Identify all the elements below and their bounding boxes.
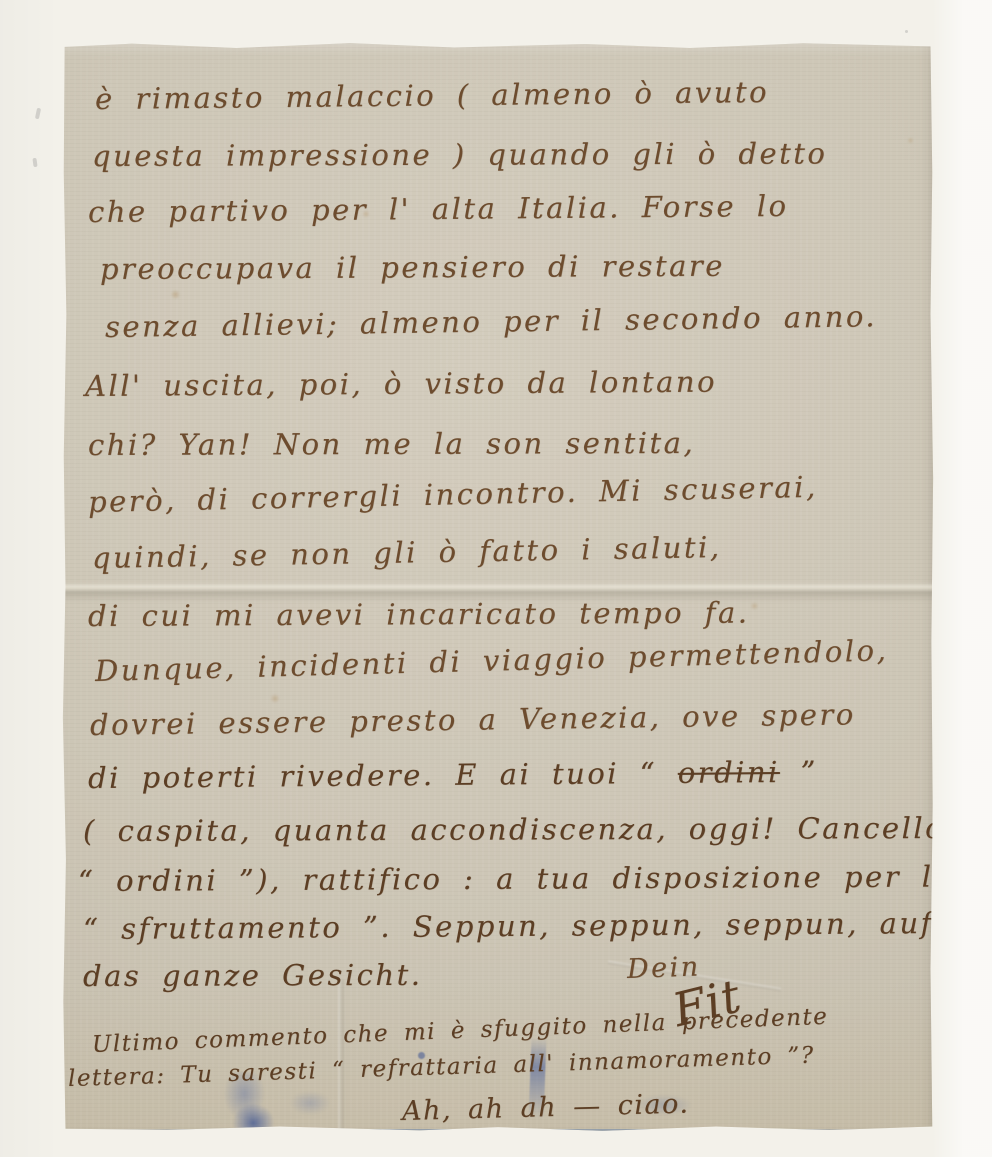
letter-paper: è rimasto malaccio ( almeno ò avuto ques… — [62, 42, 934, 1132]
foxing-spot — [170, 290, 181, 299]
foxing-spot — [270, 694, 280, 703]
line-13-text: di poterti rivedere. E ai tuoi “ — [88, 756, 678, 795]
handwritten-line-4: preoccupava il pensiero di restare — [100, 249, 725, 286]
foxing-spot — [907, 137, 914, 144]
handwritten-line-17: das ganze Gesicht. — [83, 958, 423, 993]
handwritten-line-14: ( caspita, quanta accondiscenza, oggi! C… — [83, 811, 945, 848]
foxing-spot — [750, 602, 759, 610]
handwritten-line-11: Dunque, incidenti di viaggio permettendo… — [95, 633, 889, 688]
handwritten-line-1: è rimasto malaccio ( almeno ò avuto — [95, 75, 769, 116]
handwritten-line-10: di cui mi avevi incaricato tempo fa. — [88, 596, 750, 633]
handwritten-line-2: questa impressione ) quando gli ò detto — [92, 136, 827, 173]
handwritten-line-3: che partivo per l' alta Italia. Forse lo — [88, 189, 789, 229]
handwritten-line-7: chi? Yan! Non me la son sentita, — [88, 426, 695, 462]
background-speck — [32, 158, 37, 167]
handwritten-line-12: dovrei essere presto a Venezia, ove sper… — [90, 697, 856, 742]
blue-ink-stain-smudge — [284, 1088, 336, 1118]
handwritten-line-9: quindi, se non gli ò fatto i saluti, — [92, 530, 722, 575]
handwritten-line-15: “ ordini ”), rattifico : a tua disposizi… — [78, 859, 954, 898]
handwritten-line-6: All' uscita, poi, ò visto da lontano — [85, 365, 717, 403]
struck-word-ordini: ordini — [678, 755, 780, 790]
line-13-text-end: ” — [780, 755, 818, 789]
handwritten-line-16: “ sfruttamento ”. Seppun, seppun, seppun… — [83, 906, 934, 946]
vertical-crease — [338, 980, 345, 1132]
scan-background: è rimasto malaccio ( almeno ò avuto ques… — [0, 0, 992, 1157]
handwritten-line-5: senza allievi; almeno per il secondo ann… — [105, 299, 877, 344]
bottom-edge-blue-line — [88, 1129, 908, 1132]
handwritten-line-8: però, di corrergli incontro. Mi scuserai… — [88, 470, 818, 519]
postscript-line-3: Ah, ah ah — ciao. — [402, 1088, 690, 1127]
handwritten-line-13: di poterti rivedere. E ai tuoi “ ordini … — [88, 755, 818, 795]
background-speck — [35, 108, 41, 120]
background-speck — [905, 30, 908, 33]
